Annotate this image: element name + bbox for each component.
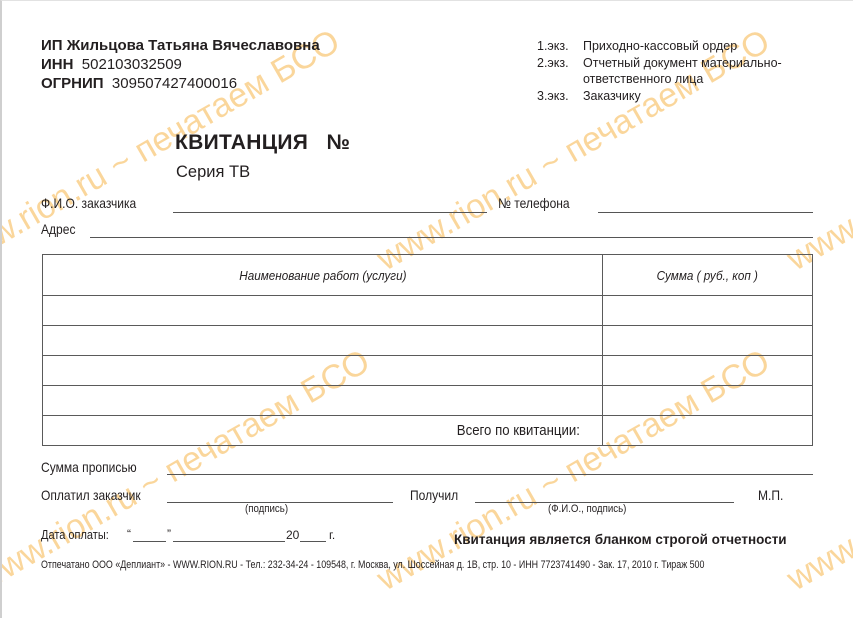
copies-list: 1.экз.Приходно-кассовый ордер 2.экз.Отче… bbox=[537, 38, 782, 104]
copy-item: 3.экз.Заказчику bbox=[537, 88, 782, 105]
inn-line: ИНН 502103032509 bbox=[41, 56, 182, 73]
phone-label: № телефона bbox=[498, 195, 570, 211]
work-cell[interactable] bbox=[43, 356, 603, 386]
sum-in-words-label: Сумма прописью bbox=[41, 459, 137, 475]
address-field[interactable] bbox=[90, 237, 813, 238]
strict-reporting-notice: Квитанция является бланком строгой отчет… bbox=[454, 532, 787, 547]
title-label: КВИТАНЦИЯ bbox=[175, 131, 308, 154]
payment-date-label: Дата оплаты: bbox=[41, 528, 109, 542]
sum-cell[interactable] bbox=[603, 296, 813, 326]
table-row bbox=[43, 326, 813, 356]
series-label: Серия ТВ bbox=[176, 163, 250, 182]
total-row: Всего по квитанции: bbox=[43, 416, 813, 446]
copy-item: 1.экз.Приходно-кассовый ордер bbox=[537, 38, 782, 55]
inn-label: ИНН bbox=[41, 56, 73, 73]
sum-cell[interactable] bbox=[603, 386, 813, 416]
number-sign: № bbox=[327, 131, 351, 154]
customer-name-field[interactable] bbox=[173, 212, 487, 213]
copy-item: ответственного лица bbox=[537, 71, 782, 88]
table-row bbox=[43, 296, 813, 326]
table-row bbox=[43, 386, 813, 416]
payment-date: Дата оплаты: bbox=[41, 528, 109, 542]
org-name: ИП Жильцова Татьяна Вячеславовна bbox=[41, 37, 320, 54]
received-label: Получил bbox=[410, 487, 458, 503]
ogrnip-line: ОГРНИП 309507427400016 bbox=[41, 75, 237, 92]
sum-cell[interactable] bbox=[603, 356, 813, 386]
total-sum-cell[interactable] bbox=[603, 416, 813, 446]
work-cell[interactable] bbox=[43, 386, 603, 416]
printer-footer: Отпечатано ООО «Деплиант» - WWW.RION.RU … bbox=[41, 559, 704, 571]
copy-item: 2.экз.Отчетный документ материально- bbox=[537, 55, 782, 72]
works-table: Наименование работ (услуги) Сумма ( руб.… bbox=[42, 254, 813, 446]
work-cell[interactable] bbox=[43, 326, 603, 356]
header-works: Наименование работ (услуги) bbox=[43, 255, 603, 296]
watermark: www.rion.ru ~ печатаем БСО bbox=[781, 22, 853, 279]
paid-by-caption: (подпись) bbox=[245, 503, 288, 515]
close-quote: ” bbox=[167, 527, 171, 541]
customer-name-label: Ф.И.О. заказчика bbox=[41, 195, 136, 211]
total-label: Всего по квитанции: bbox=[43, 416, 603, 446]
year-suffix: г. bbox=[329, 528, 335, 542]
sum-cell[interactable] bbox=[603, 326, 813, 356]
paid-by-label: Оплатил заказчик bbox=[41, 487, 141, 503]
received-caption: (Ф.И.О., подпись) bbox=[548, 503, 626, 515]
address-label: Адрес bbox=[41, 221, 75, 237]
payment-year-field[interactable] bbox=[300, 541, 326, 542]
year-prefix: 20 bbox=[286, 528, 299, 542]
sum-in-words-field[interactable] bbox=[167, 474, 813, 475]
document-title: КВИТАНЦИЯ № bbox=[175, 131, 350, 155]
header-sum: Сумма ( руб., коп ) bbox=[603, 255, 813, 296]
inn-value: 502103032509 bbox=[82, 56, 182, 73]
work-cell[interactable] bbox=[43, 296, 603, 326]
payment-month-field[interactable] bbox=[173, 541, 285, 542]
table-row bbox=[43, 356, 813, 386]
ogrnip-value: 309507427400016 bbox=[112, 75, 237, 92]
phone-field[interactable] bbox=[598, 212, 813, 213]
table-header-row: Наименование работ (услуги) Сумма ( руб.… bbox=[43, 255, 813, 296]
open-quote: “ bbox=[127, 527, 131, 541]
stamp-label: М.П. bbox=[758, 487, 783, 503]
payment-day-field[interactable] bbox=[133, 541, 166, 542]
ogrnip-label: ОГРНИП bbox=[41, 75, 104, 92]
